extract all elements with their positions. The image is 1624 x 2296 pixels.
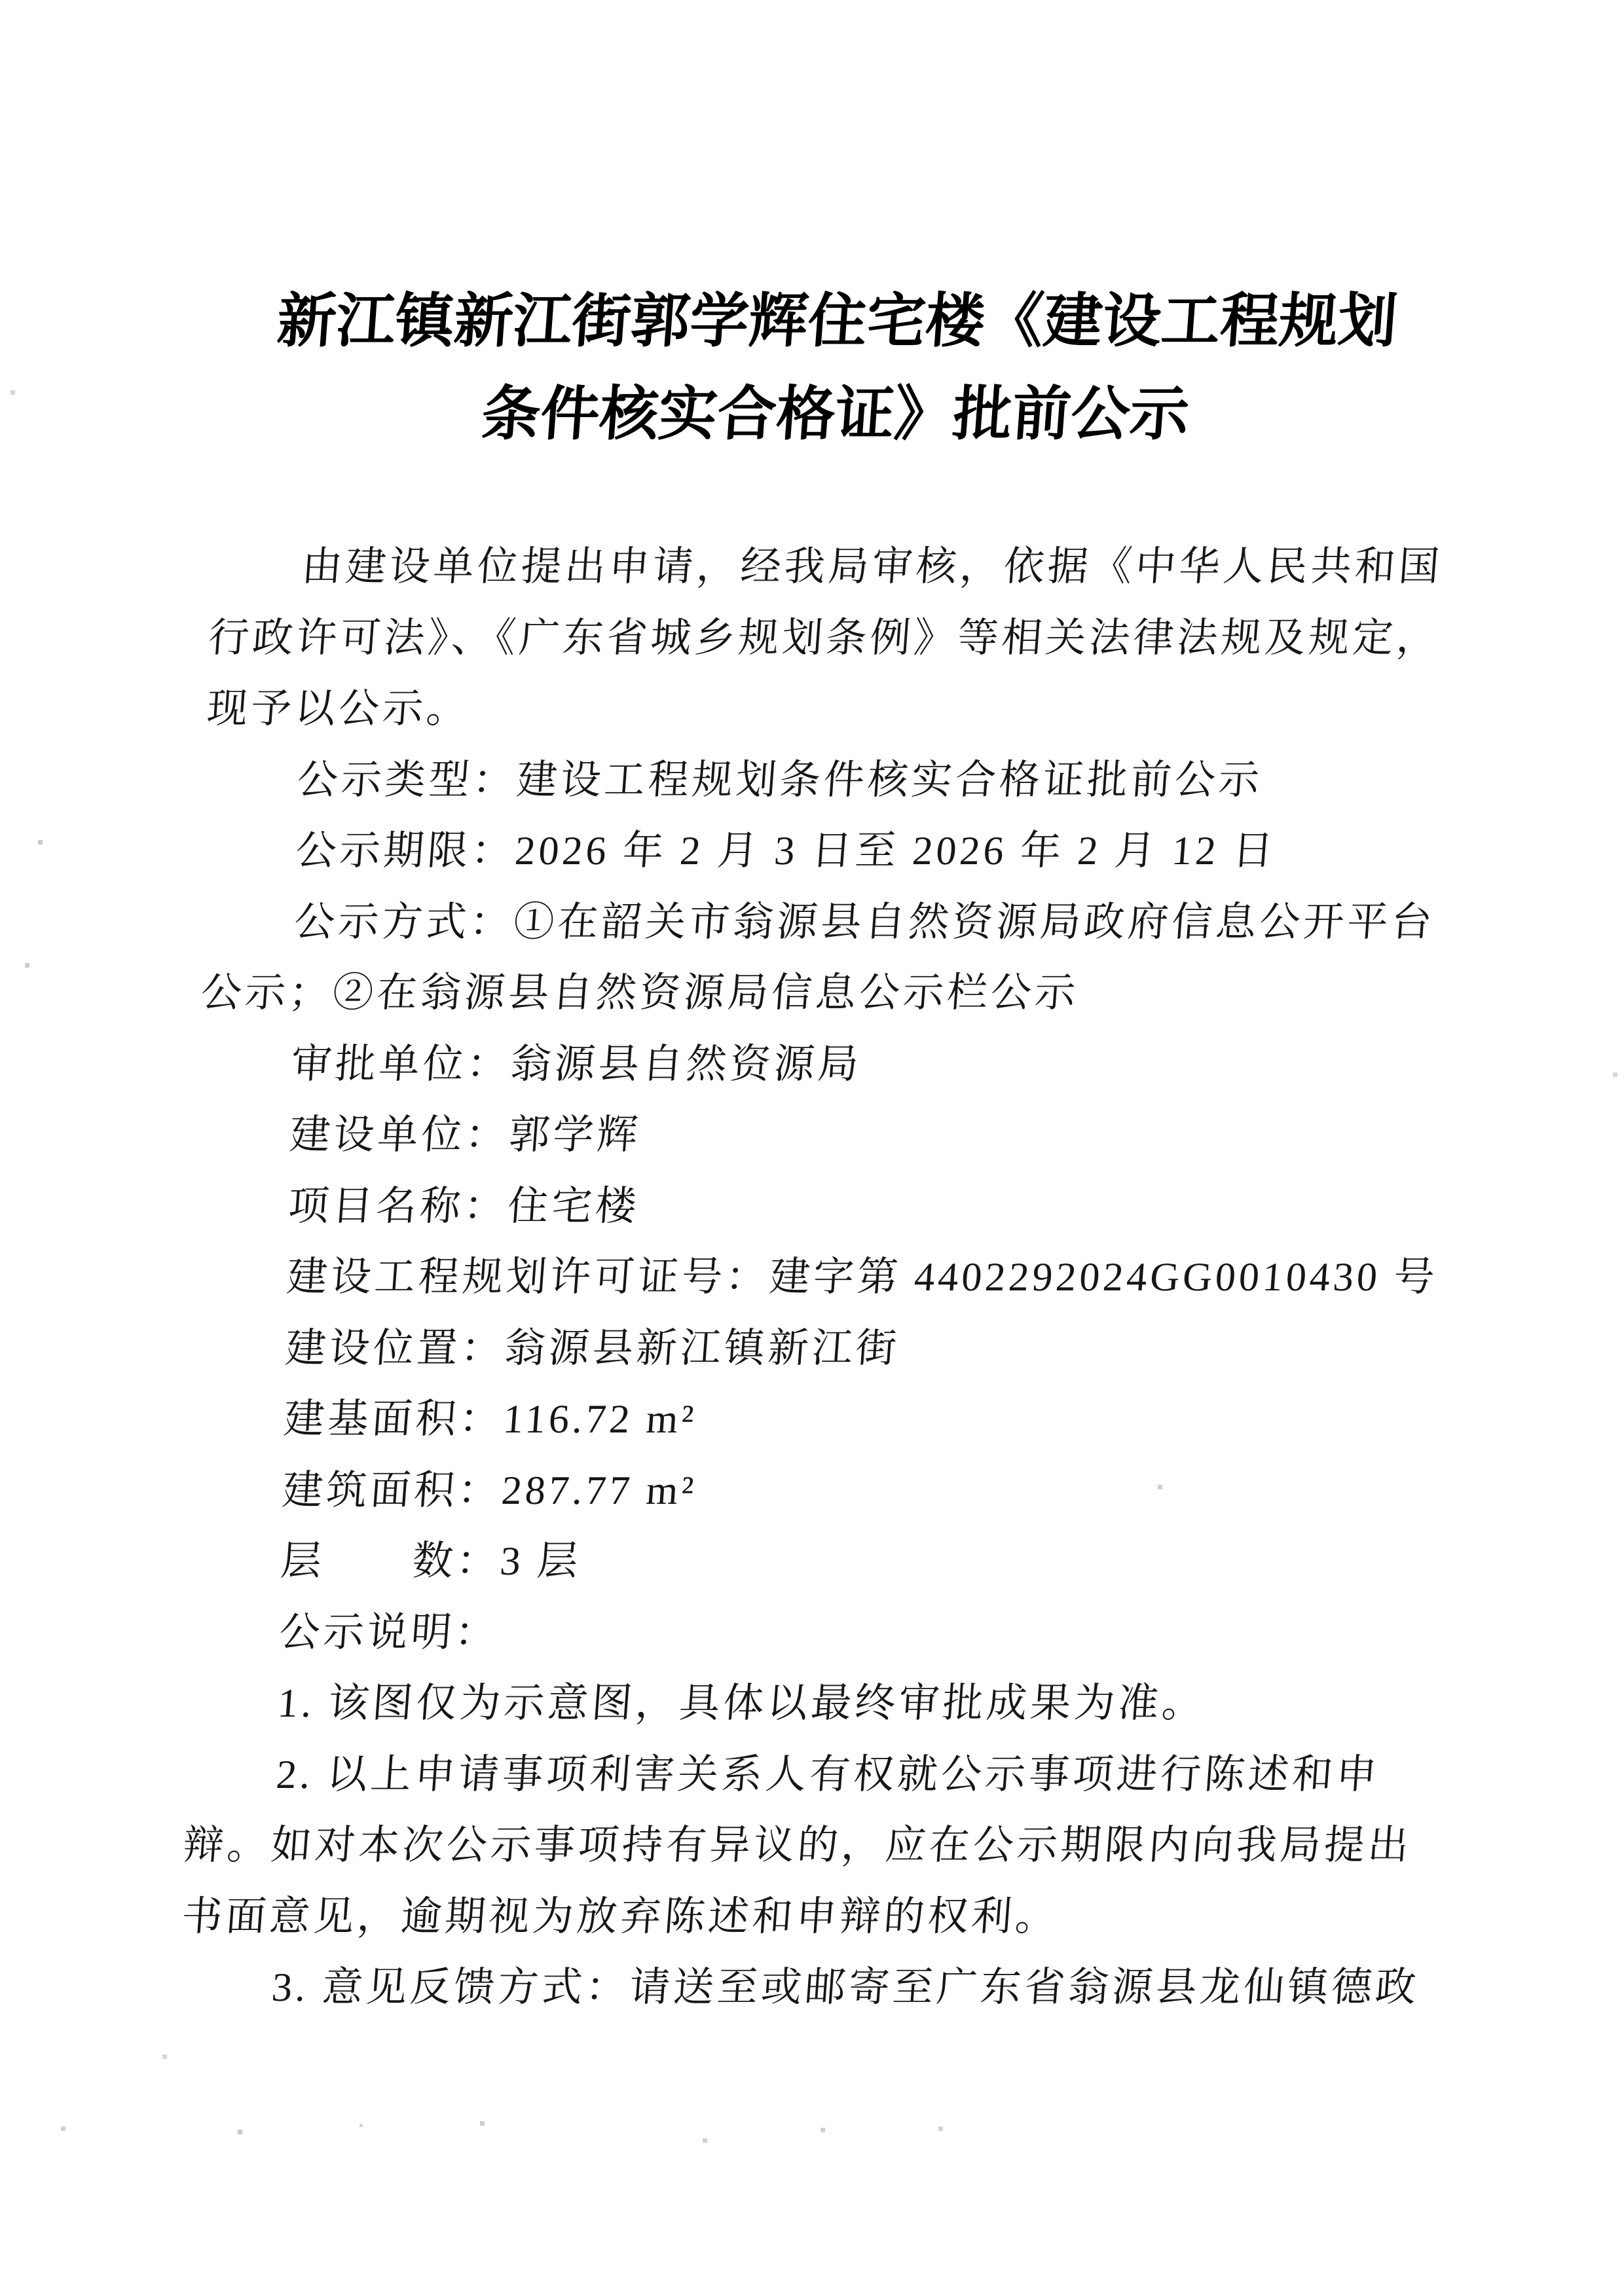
body-line-intro-1: 由建设单位提出申请，经我局审核，依据《中华人民共和国 [208,532,1457,603]
body-line-note-2b: 辩。如对本次公示事项持有异议的，应在公示期限内向我局提出 [181,1810,1430,1882]
scanned-notice-page: 新江镇新江街郭学辉住宅楼《建设工程规划 条件核实合格证》批前公示 由建设单位提出… [0,0,1624,2296]
body-line-floors: 层 数：3 层 [187,1526,1436,1597]
body-line-notice-method-2: 公示；②在翁源县自然资源局信息公示栏公示 [198,958,1448,1029]
body-line-project-name: 项目名称：住宅楼 [194,1171,1443,1243]
body-line-intro-2: 行政许可法》、《广东省城乡规划条例》等相关法律法规及规定， [206,603,1455,674]
body-line-note-2a: 2. 以上申请事项利害关系人有权就公示事项进行陈述和申 [182,1740,1431,1811]
notice-title-line-1: 新江镇新江街郭学辉住宅楼《建设工程规划 [212,276,1462,369]
notice-content: 新江镇新江街郭学辉住宅楼《建设工程规划 条件核实合格证》批前公示 由建设单位提出… [179,276,1460,2024]
body-line-notes-heading: 公示说明： [185,1597,1435,1669]
body-line-note-3: 3. 意见反馈方式：请送至或邮寄至广东省翁源县龙仙镇德政 [177,1952,1427,2024]
body-line-construction-unit: 建设单位：郭学辉 [196,1100,1445,1171]
body-line-intro-3: 现予以公示。 [204,674,1454,745]
body-line-note-2c: 书面意见，逾期视为放弃陈述和申辩的权利。 [179,1882,1429,1953]
notice-body: 由建设单位提出申请，经我局审核，依据《中华人民共和国 行政许可法》、《广东省城乡… [179,532,1455,2024]
body-line-note-1: 1. 该图仅为示意图，具体以最终审批成果为准。 [183,1668,1433,1740]
body-line-notice-type: 公示类型：建设工程规划条件核实合格证批前公示 [203,745,1452,816]
body-line-location: 建设位置：翁源县新江镇新江街 [191,1313,1441,1385]
body-line-notice-method-1: 公示方式：①在韶关市翁源县自然资源局政府信息公开平台 [200,887,1449,958]
scan-noise [0,0,2,2]
body-line-base-area: 建基面积：116.72 m² [189,1384,1439,1455]
notice-title: 新江镇新江街郭学辉住宅楼《建设工程规划 条件核实合格证》批前公示 [212,276,1460,462]
body-line-notice-period: 公示期限：2026 年 2 月 3 日至 2026 年 2 月 12 日 [202,816,1451,887]
notice-title-line-2: 条件核实合格证》批前公示 [210,369,1460,462]
body-line-permit-number: 建设工程规划许可证号：建字第 4402292024GG0010430 号 [193,1242,1442,1313]
body-line-approval-authority: 审批单位：翁源县自然资源局 [197,1029,1447,1101]
body-line-floor-area: 建筑面积：287.77 m² [188,1455,1437,1527]
